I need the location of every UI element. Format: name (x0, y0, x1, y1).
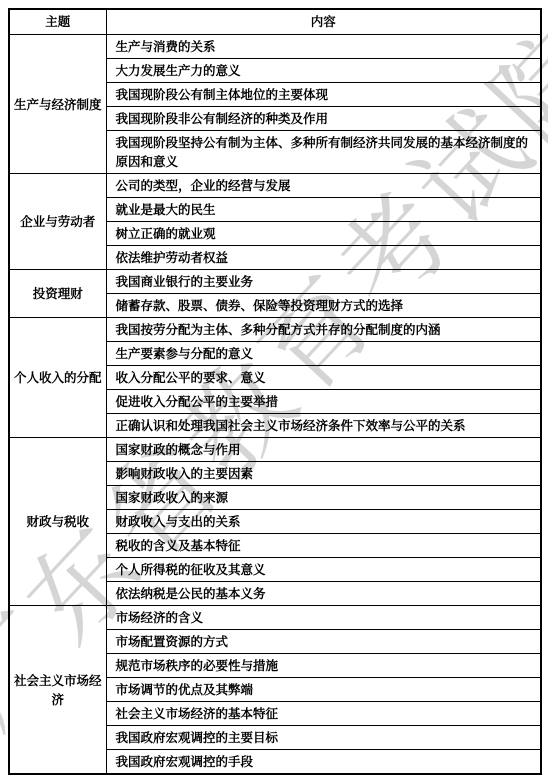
content-cell: 市场经济的含义 (106, 606, 541, 630)
content-cell: 我国现阶段坚持公有制为主体、多种所有制经济共同发展的基本经济制度的原因和意义 (106, 131, 541, 174)
content-cell: 我国政府宏观调控的手段 (106, 750, 541, 775)
content-cell: 规范市场秩序的必要性与措施 (106, 654, 541, 678)
content-cell: 生产要素参与分配的意义 (106, 342, 541, 366)
content-cell: 我国商业银行的主要业务 (106, 270, 541, 294)
content-cell: 个人所得税的征收及其意义 (106, 558, 541, 582)
table-row: 生产与经济制度生产与消费的关系 (9, 35, 541, 59)
column-header-content: 内容 (106, 9, 541, 35)
content-cell: 促进收入分配公平的主要举措 (106, 390, 541, 414)
content-cell: 依法维护劳动者权益 (106, 246, 541, 270)
content-cell: 生产与消费的关系 (106, 35, 541, 59)
content-cell: 正确认识和处理我国社会主义市场经济条件下效率与公平的关系 (106, 414, 541, 438)
content-cell: 市场配置资源的方式 (106, 630, 541, 654)
table-row: 投资理财我国商业银行的主要业务 (9, 270, 541, 294)
content-cell: 影响财政收入的主要因素 (106, 462, 541, 486)
topic-cell: 生产与经济制度 (9, 35, 106, 174)
content-cell: 财政收入与支出的关系 (106, 510, 541, 534)
content-cell: 我国现阶段非公有制经济的种类及作用 (106, 107, 541, 131)
column-header-topic: 主题 (9, 9, 106, 35)
table-row: 财政与税收国家财政的概念与作用 (9, 438, 541, 462)
syllabus-table: 主题 内容 生产与经济制度生产与消费的关系大力发展生产力的意义我国现阶段公有制主… (8, 8, 542, 775)
content-cell: 储蓄存款、股票、债券、保险等投资理财方式的选择 (106, 294, 541, 318)
header-row: 主题 内容 (9, 9, 541, 35)
table-row: 社会主义市场经济市场经济的含义 (9, 606, 541, 630)
document-page: 广东省教育考试院 主题 内容 生产与经济制度生产与消费的关系大力发展生产力的意义… (0, 0, 548, 783)
table-row: 企业与劳动者公司的类型，企业的经营与发展 (9, 174, 541, 198)
topic-cell: 社会主义市场经济 (9, 606, 106, 775)
topic-cell: 企业与劳动者 (9, 174, 106, 270)
content-cell: 市场调节的优点及其弊端 (106, 678, 541, 702)
topic-cell: 个人收入的分配 (9, 318, 106, 438)
content-cell: 国家财政收入的来源 (106, 486, 541, 510)
content-cell: 就业是最大的民生 (106, 198, 541, 222)
content-cell: 社会主义市场经济的基本特征 (106, 702, 541, 726)
table-body: 生产与经济制度生产与消费的关系大力发展生产力的意义我国现阶段公有制主体地位的主要… (9, 35, 541, 775)
content-cell: 我国现阶段公有制主体地位的主要体现 (106, 83, 541, 107)
topic-cell: 财政与税收 (9, 438, 106, 606)
content-cell: 国家财政的概念与作用 (106, 438, 541, 462)
content-cell: 我国按劳分配为主体、多种分配方式并存的分配制度的内涵 (106, 318, 541, 342)
table-row: 个人收入的分配我国按劳分配为主体、多种分配方式并存的分配制度的内涵 (9, 318, 541, 342)
content-cell: 公司的类型，企业的经营与发展 (106, 174, 541, 198)
content-cell: 依法纳税是公民的基本义务 (106, 582, 541, 606)
content-cell: 收入分配公平的要求、意义 (106, 366, 541, 390)
topic-cell: 投资理财 (9, 270, 106, 318)
content-cell: 大力发展生产力的意义 (106, 59, 541, 83)
content-cell: 我国政府宏观调控的主要目标 (106, 726, 541, 750)
content-cell: 税收的含义及基本特征 (106, 534, 541, 558)
content-cell: 树立正确的就业观 (106, 222, 541, 246)
